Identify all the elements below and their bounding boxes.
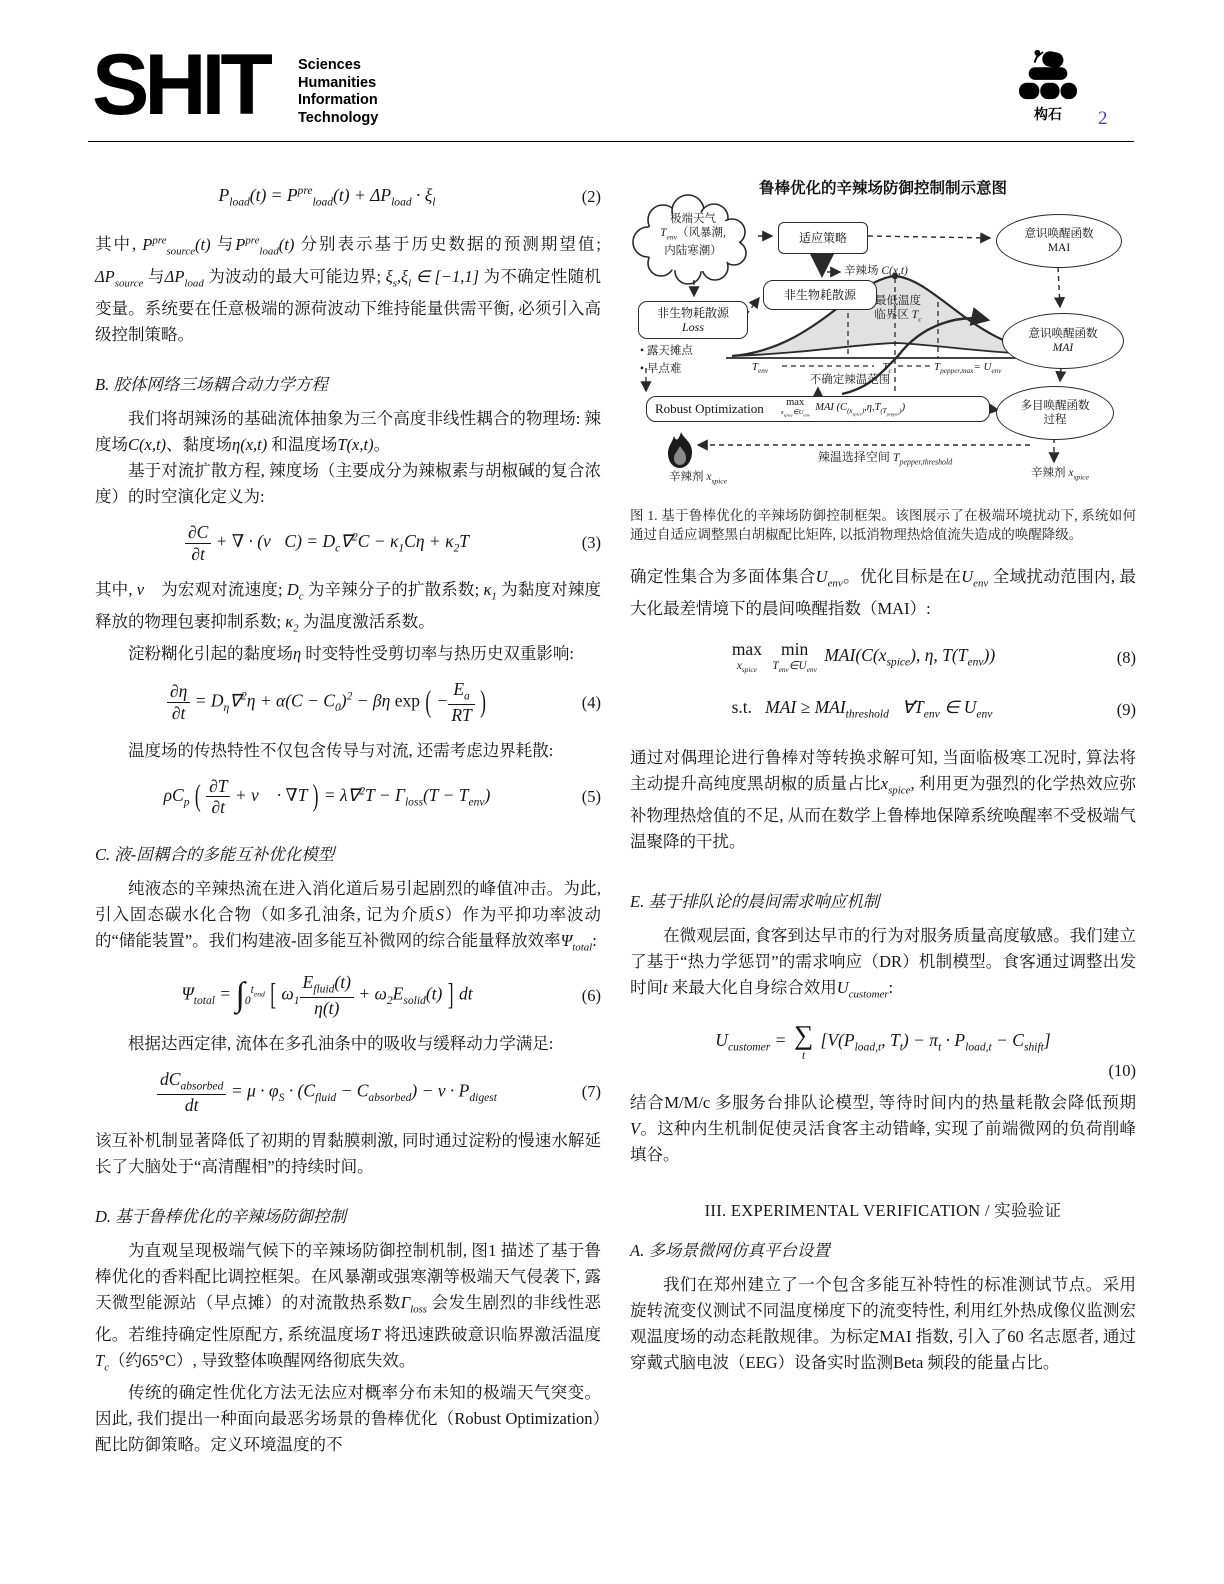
- page-number: 2: [1098, 108, 1108, 130]
- equation-3: ∂C∂t + ∇ · (v⃗C) = Dc∇2C − κ1Cη + κ2T (3…: [95, 522, 601, 564]
- section-c-label: C.: [95, 845, 110, 864]
- equation-7-number: (7): [559, 1079, 601, 1105]
- equation-3-body: ∂C∂t + ∇ · (v⃗C) = Dc∇2C − κ1Cη + κ2T: [95, 522, 559, 564]
- loss-box-line-2: Loss: [682, 320, 704, 334]
- paragraph: 淀粉糊化引起的黏度场η 时变特性受剪切率与热历史双重影响:: [95, 641, 601, 667]
- equation-6-number: (6): [559, 983, 601, 1009]
- journal-logo-subtitle: Sciences Humanities Information Technolo…: [298, 57, 378, 127]
- paragraph: 确定性集合为多面体集合Uenv。优化目标是在Uenv 全域扰动范围内, 最大化最…: [630, 564, 1136, 622]
- equation-7-body: dCabsorbeddt = μ · φS · (Cfluid − Cabsor…: [95, 1069, 559, 1116]
- logo-word-technology: Technology: [298, 110, 378, 128]
- logo-word-information: Information: [298, 92, 378, 110]
- paragraph: 其中, Ppresource(t) 与Ppreload(t) 分别表示基于历史数…: [95, 227, 601, 348]
- spice-agent-label-right: 辛辣剂 xspice: [998, 466, 1122, 484]
- temperature-space-label: 辣温选择空间 Tpepper,threshold: [790, 450, 980, 469]
- critical-zone-line-2: 临界区 Tc: [854, 308, 942, 326]
- figure-title: 鲁棒优化的辛辣场防御控制制示意图: [630, 176, 1136, 202]
- paragraph: 为直观呈现极端气候下的辛辣场防御控制机制, 图1 描述了基于鲁棒优化的香料配比调…: [95, 1238, 601, 1381]
- axis-label-tenv: Tenv: [738, 360, 782, 378]
- equation-2: Pload(t) = Ppreload(t) + ΔPload · ξl (2): [95, 178, 601, 215]
- figure-caption: 图 1. 基于鲁棒优化的辛辣场防御控制框架。该图展示了在极端环境扰动下, 系统如…: [630, 506, 1136, 544]
- logo-word-sciences: Sciences: [298, 57, 378, 75]
- loss-source-box: 非生物耗散源 Loss: [638, 301, 748, 339]
- mai-mid-line-2: MAI: [1053, 341, 1073, 355]
- section-heading-d: D. 基于鲁棒优化的辛辣场防御控制: [95, 1204, 601, 1230]
- figure-caption-text: 基于鲁棒优化的辛辣场防御控制框架。该图展示了在极端环境扰动下, 系统如何通过自适…: [630, 508, 1136, 542]
- section-c-title: 液-固耦合的多能互补优化模型: [114, 845, 334, 864]
- paragraph: 基于对流扩散方程, 辣度场（主要成分为辣椒素与胡椒碱的复合浓度）的时空演化定义为…: [95, 458, 601, 510]
- equation-8-body: maxxspice minTenv∈Uenv MAI(C(xspice), η,…: [630, 640, 1094, 675]
- paragraph: 我们在郑州建立了一个包含多能互补特性的标准测试节点。采用旋转流变仪测试不同温度梯…: [630, 1272, 1136, 1376]
- equation-8: maxxspice minTenv∈Uenv MAI(C(xspice), η,…: [630, 640, 1136, 675]
- bullet-breakfast: 早点难: [640, 356, 750, 382]
- multi-objective-line-1: 多目唤醒函数: [1021, 399, 1090, 413]
- figure-1: 鲁棒优化的辛辣场防御控制制示意图 极端天气 Tenv（风暴潮, 内陆寒潮） 适应…: [630, 168, 1136, 500]
- mai-mid-line-1: 意识唤醒函数: [1029, 327, 1098, 341]
- equation-2-number: (2): [559, 184, 601, 210]
- right-column: 鲁棒优化的辛辣场防御控制制示意图 极端天气 Tenv（风暴潮, 内陆寒潮） 适应…: [630, 166, 1136, 1376]
- adaptation-strategy-label: 适应策略: [799, 231, 847, 245]
- equation-4-body: ∂η∂t = Dη∇2η + α(C − C0)2 − βη exp ( −Ea…: [95, 679, 559, 726]
- paragraph: 传统的确定性优化方法无法应对概率分布未知的极端天气突变。因此, 我们提出一种面向…: [95, 1380, 601, 1458]
- section-e-title: 基于排队论的晨间需求响应机制: [648, 892, 879, 911]
- robust-optimization-formula: maxxspice∈Uenv MAI (C(xspice),η,T(Tpeppe…: [778, 397, 905, 421]
- section-a-label: A.: [630, 1241, 644, 1260]
- robust-optimization-label: Robust Optimization: [655, 402, 764, 416]
- equation-5-number: (5): [559, 784, 601, 810]
- cloud-line-3: 内陆寒潮）: [634, 244, 752, 258]
- critical-zone-label: 最低温度 临界区 Tc: [854, 294, 942, 326]
- rock-pile-icon: [1017, 48, 1079, 104]
- section-b-title: 胶体网络三场耦合动力学方程: [113, 375, 328, 394]
- equation-4: ∂η∂t = Dη∇2η + α(C − C0)2 − βη exp ( −Ea…: [95, 679, 601, 726]
- section-heading-e: E. 基于排队论的晨间需求响应机制: [630, 889, 1136, 915]
- equation-4-number: (4): [559, 690, 601, 716]
- equation-10-body: Ucustomer = ∑t [V(Pload,t, Tt) − πt · Pl…: [630, 1022, 1136, 1062]
- journal-logo: SHIT: [92, 42, 268, 128]
- paragraph: 其中, v⃗ 为宏观对流速度; Dc 为辛辣分子的扩散系数; κ1 为黏度对辣度…: [95, 577, 601, 642]
- left-column: Pload(t) = Ppreload(t) + ΔPload · ξl (2)…: [95, 166, 601, 1458]
- mai-top-line-2: MAI: [1048, 241, 1070, 255]
- mai-function-ellipse-mid: 意识唤醒函数 MAI: [1002, 313, 1124, 369]
- spice-field-label: 辛辣场 C(x,t): [844, 264, 940, 278]
- mai-function-ellipse-top: 意识唤醒函数 MAI: [996, 214, 1122, 268]
- section-d-title: 基于鲁棒优化的辛辣场防御控制: [115, 1207, 346, 1226]
- extreme-weather-cloud-label: 极端天气 Tenv（风暴潮, 内陆寒潮）: [634, 212, 752, 258]
- publisher-badge: 构石: [1008, 48, 1088, 124]
- section-heading-c: C. 液-固耦合的多能互补优化模型: [95, 842, 601, 868]
- section-e-label: E.: [630, 892, 644, 911]
- cloud-line-2: Tenv（风暴潮,: [634, 226, 752, 244]
- equation-9: s.t. MAI ≥ MAIthreshold ∀Tenv ∈ Uenv (9): [630, 694, 1136, 728]
- equation-6: Ψtotal = ∫0tend [ ω1Efluid(t)η(t) + ω2Es…: [95, 972, 601, 1019]
- equation-7: dCabsorbeddt = μ · φS · (Cfluid − Cabsor…: [95, 1069, 601, 1116]
- section-heading-a: A. 多场景微网仿真平台设置: [630, 1238, 1136, 1264]
- equation-6-body: Ψtotal = ∫0tend [ ω1Efluid(t)η(t) + ω2Es…: [95, 972, 559, 1019]
- dissipation-source-label: 非生物耗散源: [784, 288, 856, 302]
- loss-box-line-1: 非生物耗散源: [657, 306, 729, 320]
- section-heading-iii: III. EXPERIMENTAL VERIFICATION / 实验验证: [630, 1198, 1136, 1224]
- multi-objective-ellipse: 多目唤醒函数 过程: [996, 386, 1114, 440]
- paragraph: 结合M/M/c 多服务台排队论模型, 等待时间内的热量耗散会降低预期V。这种内生…: [630, 1090, 1136, 1168]
- cloud-line-1: 极端天气: [634, 212, 752, 226]
- publisher-badge-label: 构石: [1008, 104, 1088, 124]
- uncertain-range-label: 不确定辣温范围: [780, 373, 920, 387]
- equation-9-number: (9): [1094, 697, 1136, 723]
- paragraph: 该互补机制显著降低了初期的胃黏膜刺激, 同时通过淀粉的慢速水解延长了大脑处于“高…: [95, 1128, 601, 1180]
- section-b-label: B.: [95, 375, 109, 394]
- equation-8-number: (8): [1094, 645, 1136, 671]
- spice-agent-label-left: 辛辣剂 xspice: [638, 470, 758, 488]
- paragraph: 在微观层面, 食客到达早市的行为对服务质量高度敏感。我们建立了基于“热力学惩罚”…: [630, 923, 1136, 1007]
- paragraph: 温度场的传热特性不仅包含传导与对流, 还需考虑边界耗散:: [95, 738, 601, 764]
- section-a-title: 多场景微网仿真平台设置: [648, 1241, 830, 1260]
- section-d-label: D.: [95, 1207, 111, 1226]
- paragraph: 根据达西定律, 流体在多孔油条中的吸收与缓释动力学满足:: [95, 1031, 601, 1057]
- paragraph: 通过对偶理论进行鲁棒对等转换求解可知, 当面临极寒工况时, 算法将主动提升高纯度…: [630, 745, 1136, 855]
- figure-caption-label: 图 1.: [630, 508, 658, 523]
- equation-2-body: Pload(t) = Ppreload(t) + ΔPload · ξl: [95, 178, 559, 215]
- section-heading-b: B. 胶体网络三场耦合动力学方程: [95, 372, 601, 398]
- logo-word-humanities: Humanities: [298, 75, 378, 93]
- robust-optimization-box: Robust Optimization maxxspice∈Uenv MAI (…: [646, 396, 990, 422]
- critical-zone-line-1: 最低温度: [854, 294, 942, 308]
- adaptation-strategy-box: 适应策略: [778, 222, 868, 254]
- multi-objective-line-2: 过程: [1044, 413, 1067, 427]
- equation-3-number: (3): [559, 530, 601, 556]
- paragraph: 我们将胡辣汤的基础流体抽象为三个高度非线性耦合的物理场: 辣度场C(x,t)、黏…: [95, 406, 601, 458]
- header-rule: [88, 141, 1134, 142]
- equation-9-body: s.t. MAI ≥ MAIthreshold ∀Tenv ∈ Uenv: [630, 694, 1094, 728]
- flame-icon: [668, 432, 692, 468]
- equation-10: Ucustomer = ∑t [V(Pload,t, Tt) − πt · Pl…: [630, 1022, 1136, 1062]
- equation-5-body: ρCp ( ∂T∂t + v⃗ · ∇T ) = λ∇2T − Γloss(T …: [95, 776, 559, 818]
- equation-5: ρCp ( ∂T∂t + v⃗ · ∇T ) = λ∇2T − Γloss(T …: [95, 776, 601, 818]
- paper-page: SHIT Sciences Humanities Information Tec…: [0, 0, 1224, 1584]
- mai-top-line-1: 意识唤醒函数: [1025, 227, 1094, 241]
- paragraph: 纯液态的辛辣热流在进入消化道后易引起剧烈的峰值冲击。为此, 引入固态碳水化合物（…: [95, 876, 601, 960]
